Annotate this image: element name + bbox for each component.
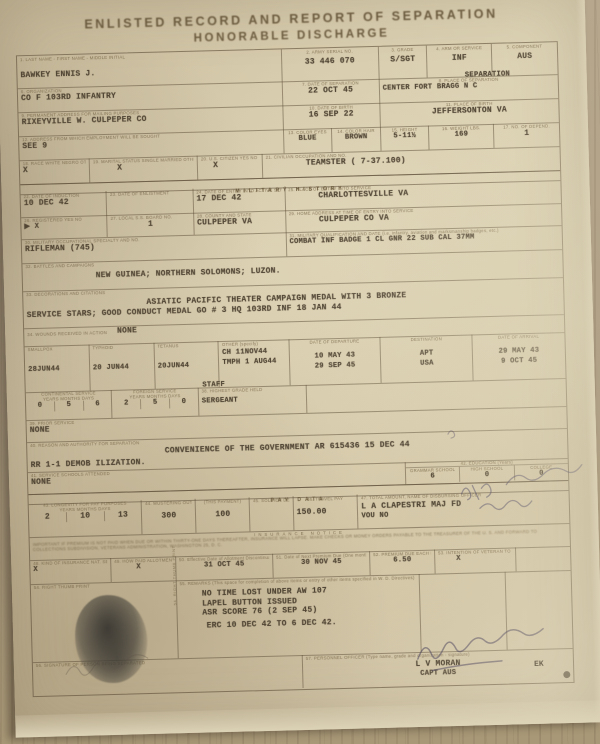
remarks-line-4: ERC 10 DEC 42 TO 6 DEC 42.: [207, 616, 417, 631]
wounds-label: 34. WOUNDS RECEIVED IN ACTION: [27, 330, 107, 345]
serial-label: 2. ARMY SERIAL NO.: [284, 48, 374, 55]
destination-label: DESTINATION: [384, 336, 469, 343]
arrow-icon: ▶: [24, 223, 30, 231]
other-immunization-label: OTHER (specify): [222, 340, 285, 347]
foreign-years: 2: [112, 399, 141, 409]
how-paid-x: X: [136, 562, 172, 572]
destination-2: USA: [384, 358, 469, 370]
typhoid-label: TYPHOID: [92, 344, 150, 351]
smallpox-value: 28JUN44: [28, 365, 86, 376]
component-value: AUS: [495, 51, 554, 62]
arm-label: 4. ARM OR SERVICE: [430, 45, 488, 52]
grade-value: S/SGT: [382, 55, 424, 66]
other-immunization-2: TMPH 1 AUG44: [222, 357, 285, 368]
college-value: 0: [515, 469, 569, 480]
entry-value: 17 DEC 42: [196, 192, 281, 204]
departure-label: DATE OF DEPARTURE: [292, 338, 377, 345]
citizen-x-mark: X: [213, 160, 259, 171]
continental-days: 6: [84, 400, 112, 410]
ek-stamp: EK: [534, 660, 544, 669]
highschool-value: 0: [460, 470, 514, 481]
mustering-label: 44. MUSTERING OUT PAY (TOTAL): [145, 500, 192, 506]
discontinuance-value: 31 OCT 45: [179, 560, 269, 572]
longevity-months: 10: [67, 511, 105, 521]
longevity-years: 2: [29, 512, 67, 522]
departure-2: 29 SEP 45: [293, 360, 378, 372]
arm-value: INF: [430, 53, 488, 64]
enlistment-label: 23. DATE OF ENLISTMENT: [110, 190, 189, 197]
dob-value: 16 SEP 22: [286, 109, 376, 121]
component-label: 5. COMPONENT: [495, 43, 554, 50]
serial-value: 33 446 070: [285, 56, 375, 68]
county-value: CULPEPER VA: [197, 216, 282, 228]
name-label: 1. LAST NAME - FIRST NAME - MIDDLE INITI…: [20, 50, 278, 62]
travel-value: 150.00: [296, 507, 354, 518]
highest-grade-line1: STAFF: [202, 381, 225, 391]
highest-grade-line2: SERGEANT: [202, 395, 303, 407]
eyes-value: BLUE: [287, 134, 329, 145]
arrival-label: DATE OF ARRIVAL: [476, 333, 562, 340]
continental-years: 0: [26, 401, 55, 411]
intention-x: X: [456, 554, 512, 565]
board-value: 1: [111, 219, 191, 231]
grade-label: 3. GRADE: [382, 47, 424, 53]
longevity-days: 13: [104, 510, 141, 520]
weight-value: 169: [432, 130, 490, 141]
insurance-kind-x: X: [33, 564, 107, 575]
marital-x-mark: X: [117, 162, 194, 174]
registered-x-mark: X: [35, 223, 40, 231]
dependents-value: 1: [497, 128, 556, 139]
continental-months: 5: [55, 401, 84, 411]
this-payment-value: 100: [199, 509, 246, 520]
reason-label: 40. REASON AND AUTHORITY FOR SEPARATION: [30, 440, 160, 448]
induction-value: 10 DEC 42: [24, 197, 104, 209]
height-value: 5-11½: [384, 132, 426, 143]
grammar-value: 6: [406, 472, 460, 483]
place-separation-line1: SEPARATION: [465, 70, 510, 81]
tetanus-label: TETANUS: [157, 342, 215, 349]
race-x-mark: X: [23, 165, 86, 176]
this-payment-label: (THIS PAYMENT): [199, 498, 246, 504]
date-separation-value: 22 OCT 45: [285, 85, 375, 97]
premium-value: 6.50: [373, 556, 431, 567]
travel-label: 46. TRAVEL PAY: [296, 496, 354, 503]
photo-paper: ENLISTED RECORD AND REPORT OF SEPARATION…: [0, 0, 600, 738]
hair-value: BROWN: [335, 133, 377, 144]
next-premium-value: 30 NOV 45: [276, 557, 366, 569]
tetanus-value: 20JUN44: [158, 361, 216, 372]
thumbprint-label: 54. RIGHT THUMB PRINT: [34, 581, 173, 590]
foreign-days: 0: [170, 398, 198, 408]
mustering-total: 300: [145, 511, 192, 522]
name-value: BAWKEY ENNIS J.: [20, 64, 278, 80]
wounds-value: NONE: [117, 326, 137, 343]
deposits-label: 45. SOLDIER DEPOSITS: [253, 497, 289, 503]
smallpox-label: SMALLPOX: [28, 346, 86, 353]
foreign-months: 5: [141, 398, 170, 408]
arrival-2: 9 OCT 45: [476, 356, 562, 368]
typhoid-value: 20 JUN44: [93, 363, 151, 374]
